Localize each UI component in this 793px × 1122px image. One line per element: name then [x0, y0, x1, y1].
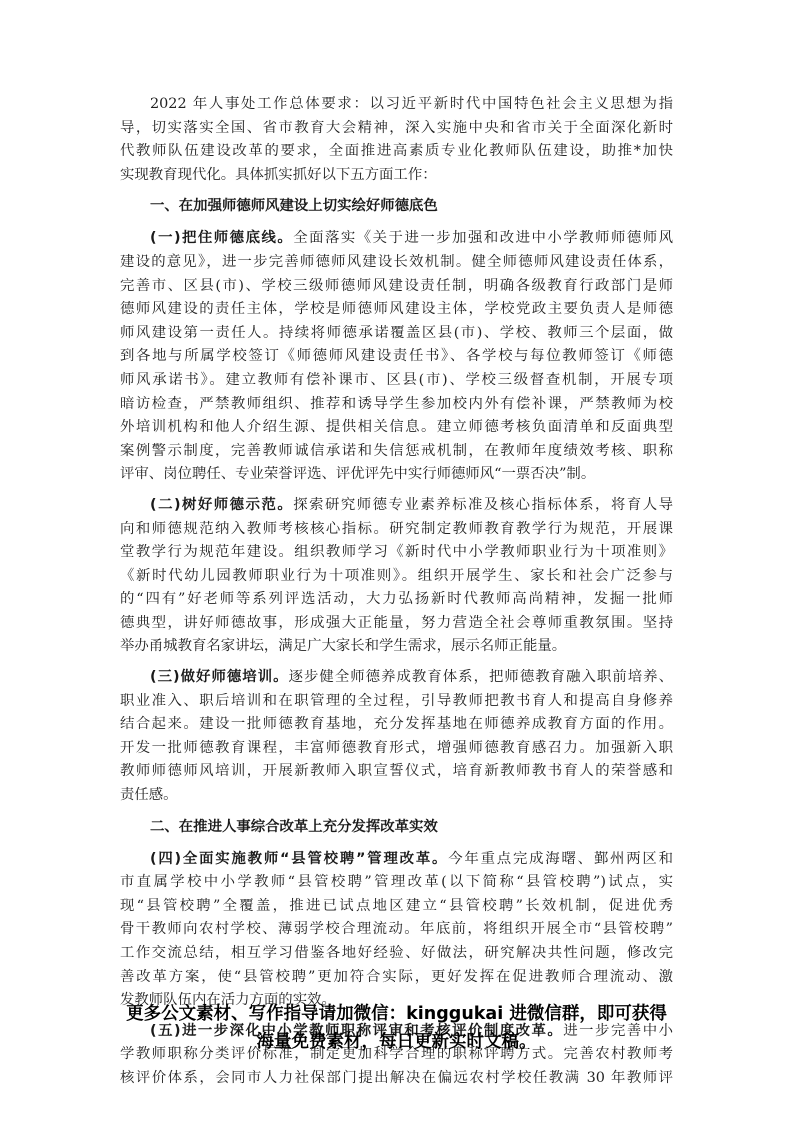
item-text: 全面落实《关于进一步加强和改进中小学教师师德师风 — [293, 230, 673, 246]
text-line: 开发一批师德教育课程，丰富师德教育形式，增强师德教育感召力。加强新入职 — [120, 737, 673, 761]
text-line: (三)做好师德培训。逐步健全师德养成教育体系，把师德教育融入职前培养、 — [120, 666, 673, 690]
text-line: 师风承诺书》。建立教师有偿补课市、区县(市)、学校三级督查机制，开展专项 — [120, 369, 673, 393]
text-line: 结合起来。建设一批师德教育基地，充分发挥基地在师德养成教育方面的作用。 — [120, 713, 673, 737]
text-line: 暗访检查，严禁教师组织、推荐和诱导学生参加校内外有偿补课，严禁教师为校 — [120, 393, 673, 417]
section-heading-2: 二、在推进人事综合改革上充分发挥改革实效 — [120, 815, 673, 839]
text-line: 的“四有”好老师等系列评选活动，大力弘扬新时代教师高尚精神，发掘一批师 — [120, 588, 673, 612]
text-line: (二)树好师德示范。探索研究师德专业素养标准及核心指标体系，将育人导 — [120, 494, 673, 518]
text-line: 建设的意见》，进一步完善师德师风建设长效机制。健全师德师风建设责任体系， — [120, 251, 673, 275]
text-line: 职业准入、职后培训和在职管理的全过程，引导教师把教书育人和提高自身修养 — [120, 690, 673, 714]
text-line: 完善市、区县(市)、学校三级师德师风建设责任制，明确各级教育行政部门是师 — [120, 275, 673, 299]
text-line: 工作交流总结，相互学习借鉴各地好经验、好做法，研究解决共性问题，修改完 — [120, 942, 673, 966]
item-paragraph-1: (一)把住师德底线。全面落实《关于进一步加强和改进中小学教师师德师风 建设的意见… — [120, 227, 673, 487]
text-line: 德典型，讲好师德故事，形成强大正能量，努力营造全社会尊师重教氛围。坚持 — [120, 612, 673, 636]
text-line: 向和师德规范纳入教师考核核心指标。研究制定教师教育教学行为规范，开展课 — [120, 518, 673, 542]
promo-line-2: 海量免费素材，每日更新实时文稿。 — [0, 1028, 793, 1056]
text-line: 到各地与所属学校签订《师德师风建设责任书》、各学校与每位教师签订《师德 — [120, 345, 673, 369]
item-title: (一)把住师德底线。 — [150, 230, 293, 246]
text-line: (四)全面实施教师“县管校聘”管理改革。今年重点完成海曙、鄞州两区和 — [120, 848, 673, 872]
item-text: 今年重点完成海曙、鄞州两区和 — [448, 851, 673, 867]
text-line: 善改革方案，使“县管校聘”更加符合实际，更好发挥在促进教师合理流动、激 — [120, 966, 673, 990]
text-line: 《新时代幼儿园教师职业行为十项准则》。组织开展学生、家长和社会广泛参与 — [120, 565, 673, 589]
text-line: 市直属学校中小学教师“县管校聘”管理改革(以下简称“县管校聘”)试点，实 — [120, 871, 673, 895]
text-line: 案例警示制度，完善教师诚信承诺和失信惩戒机制，在教师年度绩效考核、职称 — [120, 440, 673, 464]
text-line: 核评价体系，会同市人力社保部门提出解决在偏远农村学校任教满 30 年教师评 — [120, 1067, 673, 1091]
text-line: 评审、岗位聘任、专业荣誉评选、评优评先中实行师德师风“一票否决”制。 — [120, 463, 673, 487]
text-line: 德师风建设的责任主体，学校是师德师风建设主体，学校党政主要负责人是师德 — [120, 298, 673, 322]
text-line: (一)把住师德底线。全面落实《关于进一步加强和改进中小学教师师德师风 — [120, 227, 673, 251]
promo-line-1: 更多公文素材、写作指导请加微信：kinggukai 进微信群，即可获得 — [0, 1000, 793, 1028]
text-line: 堂教学行为规范年建设。组织教师学习《新时代中小学教师职业行为十项准则》 — [120, 541, 673, 565]
item-title: (二)树好师德示范。 — [150, 497, 293, 513]
text-line: 骨干教师向农村学校、薄弱学校合理流动。年底前，将组织开展全市“县管校聘” — [120, 918, 673, 942]
text-line: 导，切实落实全国、省市教育大会精神，深入实施中央和省市关于全面深化新时 — [120, 117, 673, 141]
section-heading-1: 一、在加强师德师风建设上切实绘好师德底色 — [120, 194, 673, 218]
document-body: 2022 年人事处工作总体要求：以习近平新时代中国特色社会主义思想为指 导，切实… — [120, 93, 673, 1098]
item-paragraph-2: (二)树好师德示范。探索研究师德专业素养标准及核心指标体系，将育人导 向和师德规… — [120, 494, 673, 659]
intro-paragraph: 2022 年人事处工作总体要求：以习近平新时代中国特色社会主义思想为指 导，切实… — [120, 93, 673, 187]
text-line: 代教师队伍建设改革的要求，全面推进高素质专业化教师队伍建设，助推*加快 — [120, 140, 673, 164]
promo-footer: 更多公文素材、写作指导请加微信：kinggukai 进微信群，即可获得 海量免费… — [0, 1000, 793, 1056]
item-paragraph-3: (三)做好师德培训。逐步健全师德养成教育体系，把师德教育融入职前培养、 职业准入… — [120, 666, 673, 808]
text-line: 教师师德师风培训，开展新教师入职宣誓仪式，培育新教师教书育人的荣誉感和 — [120, 760, 673, 784]
item-text: 逐步健全师德养成教育体系，把师德教育融入职前培养、 — [289, 669, 673, 685]
item-paragraph-4: (四)全面实施教师“县管校聘”管理改革。今年重点完成海曙、鄞州两区和 市直属学校… — [120, 848, 673, 1013]
text-line: 举办甬城教育名家讲坛，满足广大家长和学生需求，展示名师正能量。 — [120, 635, 673, 659]
item-title: (四)全面实施教师“县管校聘”管理改革。 — [150, 851, 448, 867]
text-line: 师风建设第一责任人。持续将师德承诺覆盖区县(市)、学校、教师三个层面，做 — [120, 322, 673, 346]
text-line: 现“县管校聘”全覆盖，推进已试点地区建立“县管校聘”长效机制，促进优秀 — [120, 895, 673, 919]
item-text: 探索研究师德专业素养标准及核心指标体系，将育人导 — [293, 497, 673, 513]
text-line: 责任感。 — [120, 784, 673, 808]
text-line: 实现教育现代化。具体抓实抓好以下五方面工作： — [120, 164, 673, 188]
item-title: (三)做好师德培训。 — [150, 669, 289, 685]
text-line: 外培训机构和他人介绍生源、提供相关信息。建立师德考核负面清单和反面典型 — [120, 416, 673, 440]
text-line: 2022 年人事处工作总体要求：以习近平新时代中国特色社会主义思想为指 — [120, 93, 673, 117]
